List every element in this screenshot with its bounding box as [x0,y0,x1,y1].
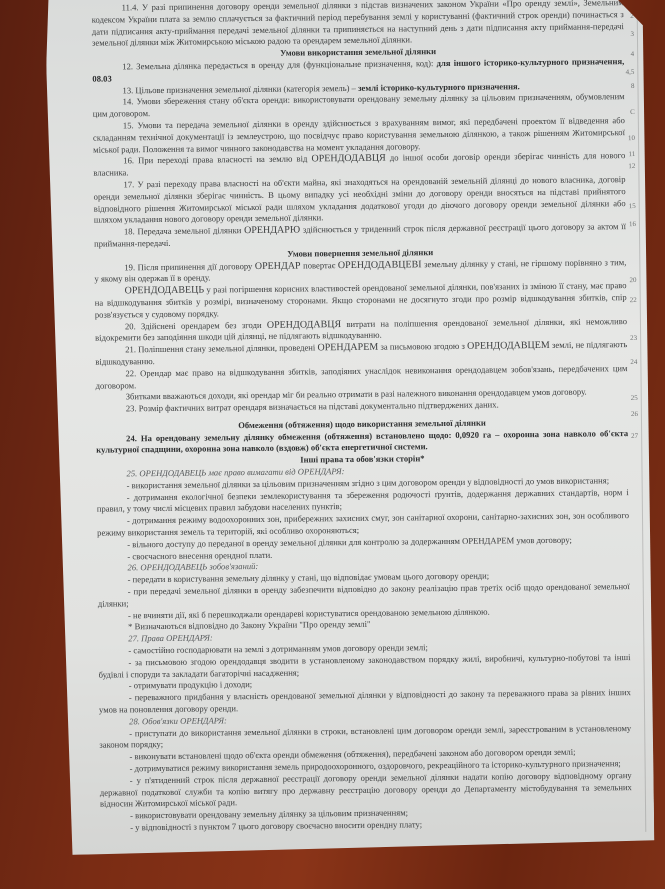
margin-mark: 2 [630,11,634,21]
margin-mark: 27 [631,431,638,441]
margin-mark: 12 [628,161,635,171]
margin-mark: 15 [629,201,636,211]
clause-19-damages: ОРЕНДОДАВЕЦЬ у разі погіршення корисних … [95,280,627,321]
margin-mark: 4,5 [626,67,635,77]
clause-11-4: 11.4. У разі припинення договору оренди … [92,0,624,50]
margin-mark: C [630,107,635,117]
clause-17: 17. У разі переходу права власності на о… [93,174,625,227]
document-page: 2344,58C101112151620222324252627 11.4. У… [46,0,655,855]
margin-mark: 11 [628,149,635,159]
margin-mark: 26 [631,409,638,419]
margin-mark: 20 [629,275,636,285]
clause-27-list: - самостійно господарювати на землі з до… [98,640,631,716]
margin-mark: 4 [631,49,635,59]
margin-mark: 16 [629,219,636,229]
margin-mark: 24 [630,357,637,367]
clause-25-list: - використання земельної ділянки за ціль… [97,475,630,563]
clause-15: 15. Умови та передача земельної ділянки … [93,115,625,156]
clause-26-list: - передати в користування земельну ділян… [98,569,630,622]
margin-mark: 23 [630,333,637,343]
margin-mark: 25 [631,393,638,403]
margin-rule [636,0,646,832]
margin-mark: 3 [630,29,634,39]
clause-28-list: - приступати до використання земельної д… [99,723,632,835]
list-item: - у п'ятиденний строк після державної ре… [100,770,632,811]
document-body: 11.4. У разі припинення договору оренди … [92,0,633,834]
margin-mark: 10 [628,133,635,143]
margin-mark: 8 [631,81,635,91]
margin-mark: 22 [630,295,637,305]
